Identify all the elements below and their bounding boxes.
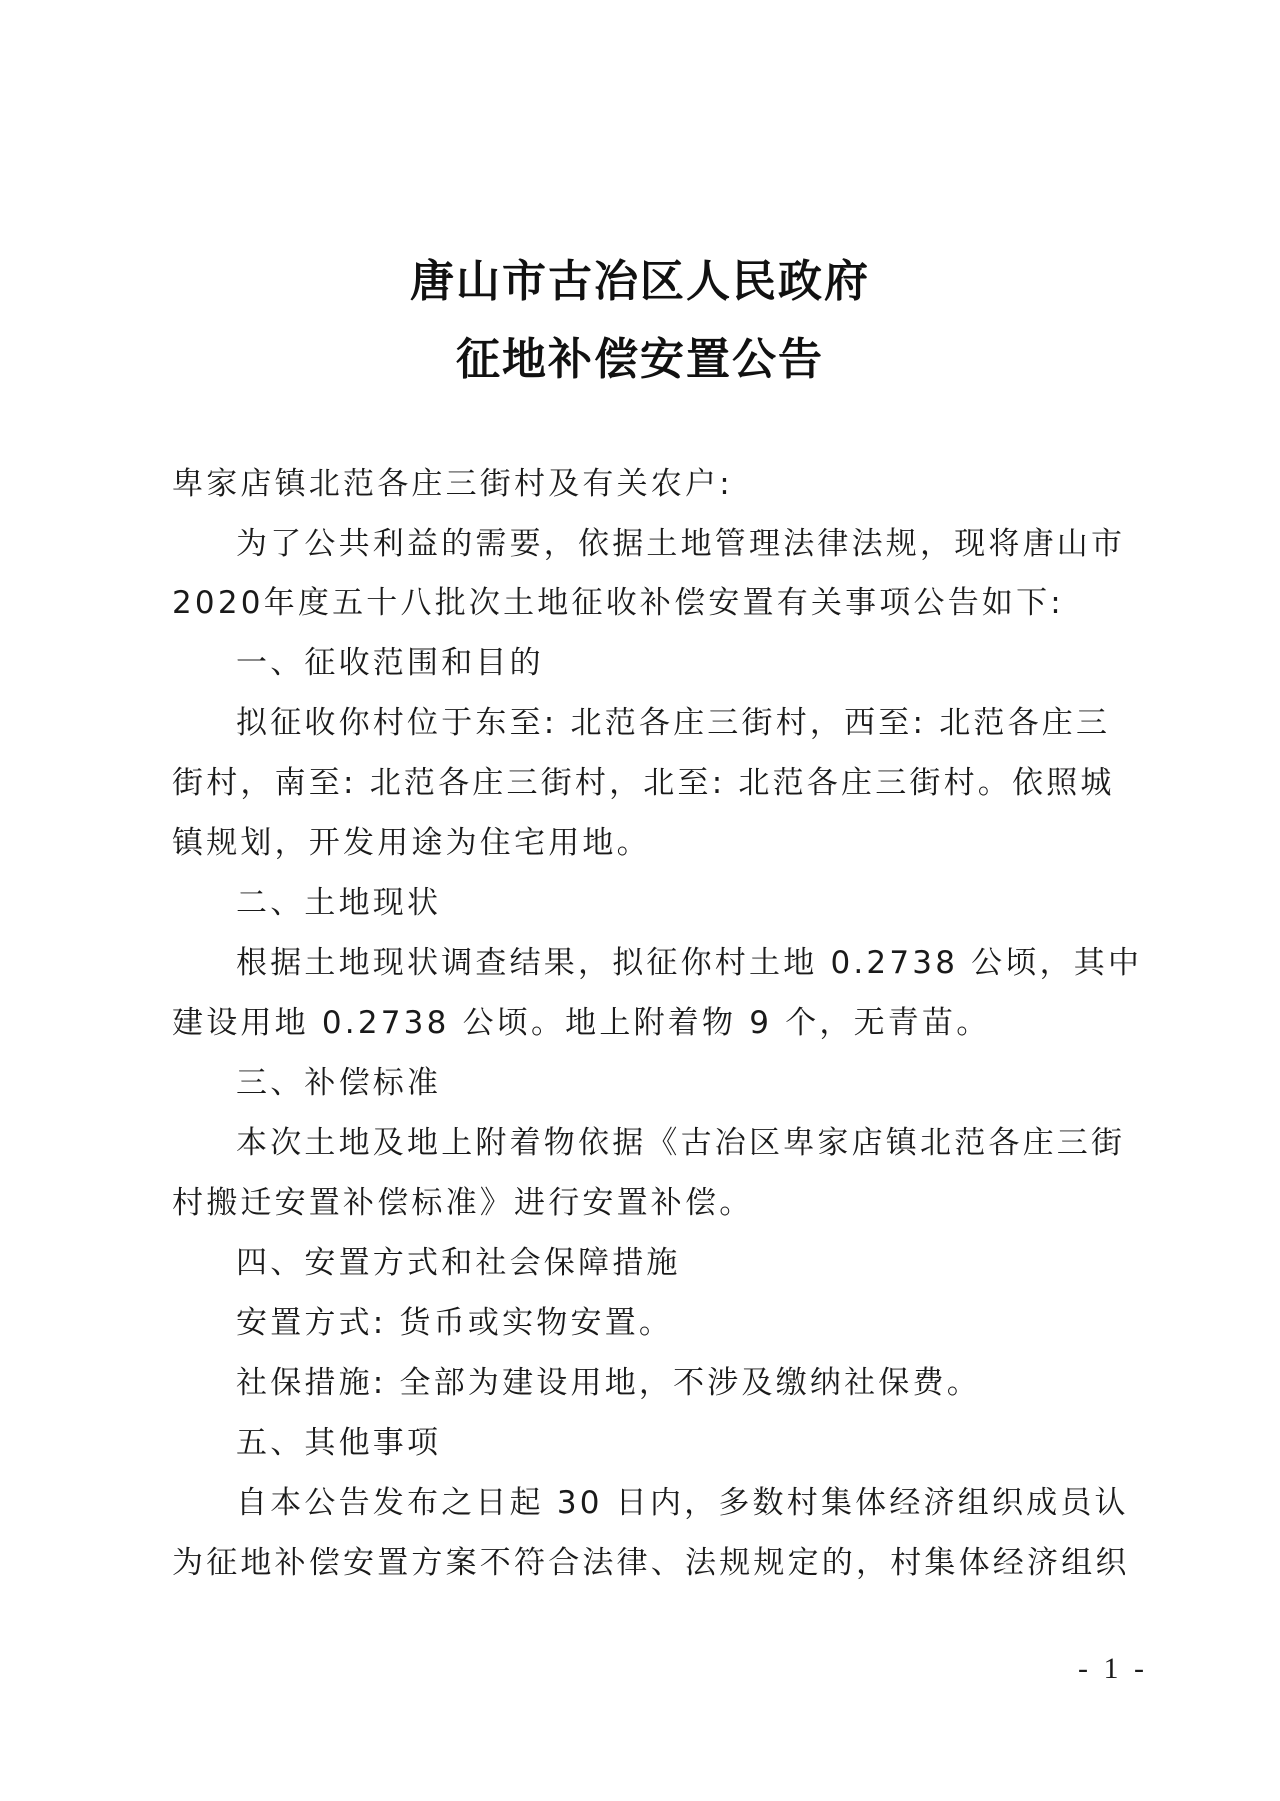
section-heading-2: 二、土地现状 [236, 877, 441, 922]
document-page: 唐山市古冶区人民政府 征地补偿安置公告 卑家店镇北范各庄三街村及有关农户: 为了… [0, 0, 1280, 1801]
body-line: 根据土地现状调查结果，拟征你村土地 0.2738 公顷，其中 [236, 937, 1142, 982]
body-line: 社保措施: 全部为建设用地，不涉及缴纳社保费。 [236, 1357, 981, 1402]
body-line: 2020年度五十八批次土地征收补偿安置有关事项公告如下: [172, 577, 1064, 622]
body-line: 拟征收你村位于东至: 北范各庄三街村，西至: 北范各庄三 [236, 697, 1110, 742]
body-line: 自本公告发布之日起 30 日内，多数村集体经济组织成员认 [236, 1477, 1129, 1522]
body-line: 安置方式: 货币或实物安置。 [236, 1297, 673, 1342]
section-heading-1: 一、征收范围和目的 [236, 637, 544, 682]
section-heading-4: 四、安置方式和社会保障措施 [236, 1237, 681, 1282]
section-heading-3: 三、补偿标准 [236, 1057, 441, 1102]
body-line: 街村，南至: 北范各庄三街村，北至: 北范各庄三街村。依照城 [172, 757, 1115, 802]
addressee: 卑家店镇北范各庄三街村及有关农户: [172, 458, 733, 503]
body-line: 为征地补偿安置方案不符合法律、法规规定的，村集体经济组织 [172, 1537, 1130, 1582]
body-line: 建设用地 0.2738 公顷。地上附着物 9 个，无青苗。 [172, 997, 990, 1042]
body-line: 镇规划，开发用途为住宅用地。 [172, 817, 651, 862]
body-line: 村搬迁安置补偿标准》进行安置补偿。 [172, 1177, 753, 1222]
body-line: 本次土地及地上附着物依据《古冶区卑家店镇北范各庄三街 [236, 1117, 1125, 1162]
document-title-line2: 征地补偿安置公告 [0, 323, 1280, 387]
body-line: 为了公共利益的需要，依据土地管理法律法规，现将唐山市 [236, 518, 1125, 563]
document-title-line1: 唐山市古冶区人民政府 [0, 245, 1280, 309]
page-number: - 1 - [1078, 1652, 1148, 1686]
section-heading-5: 五、其他事项 [236, 1417, 441, 1462]
